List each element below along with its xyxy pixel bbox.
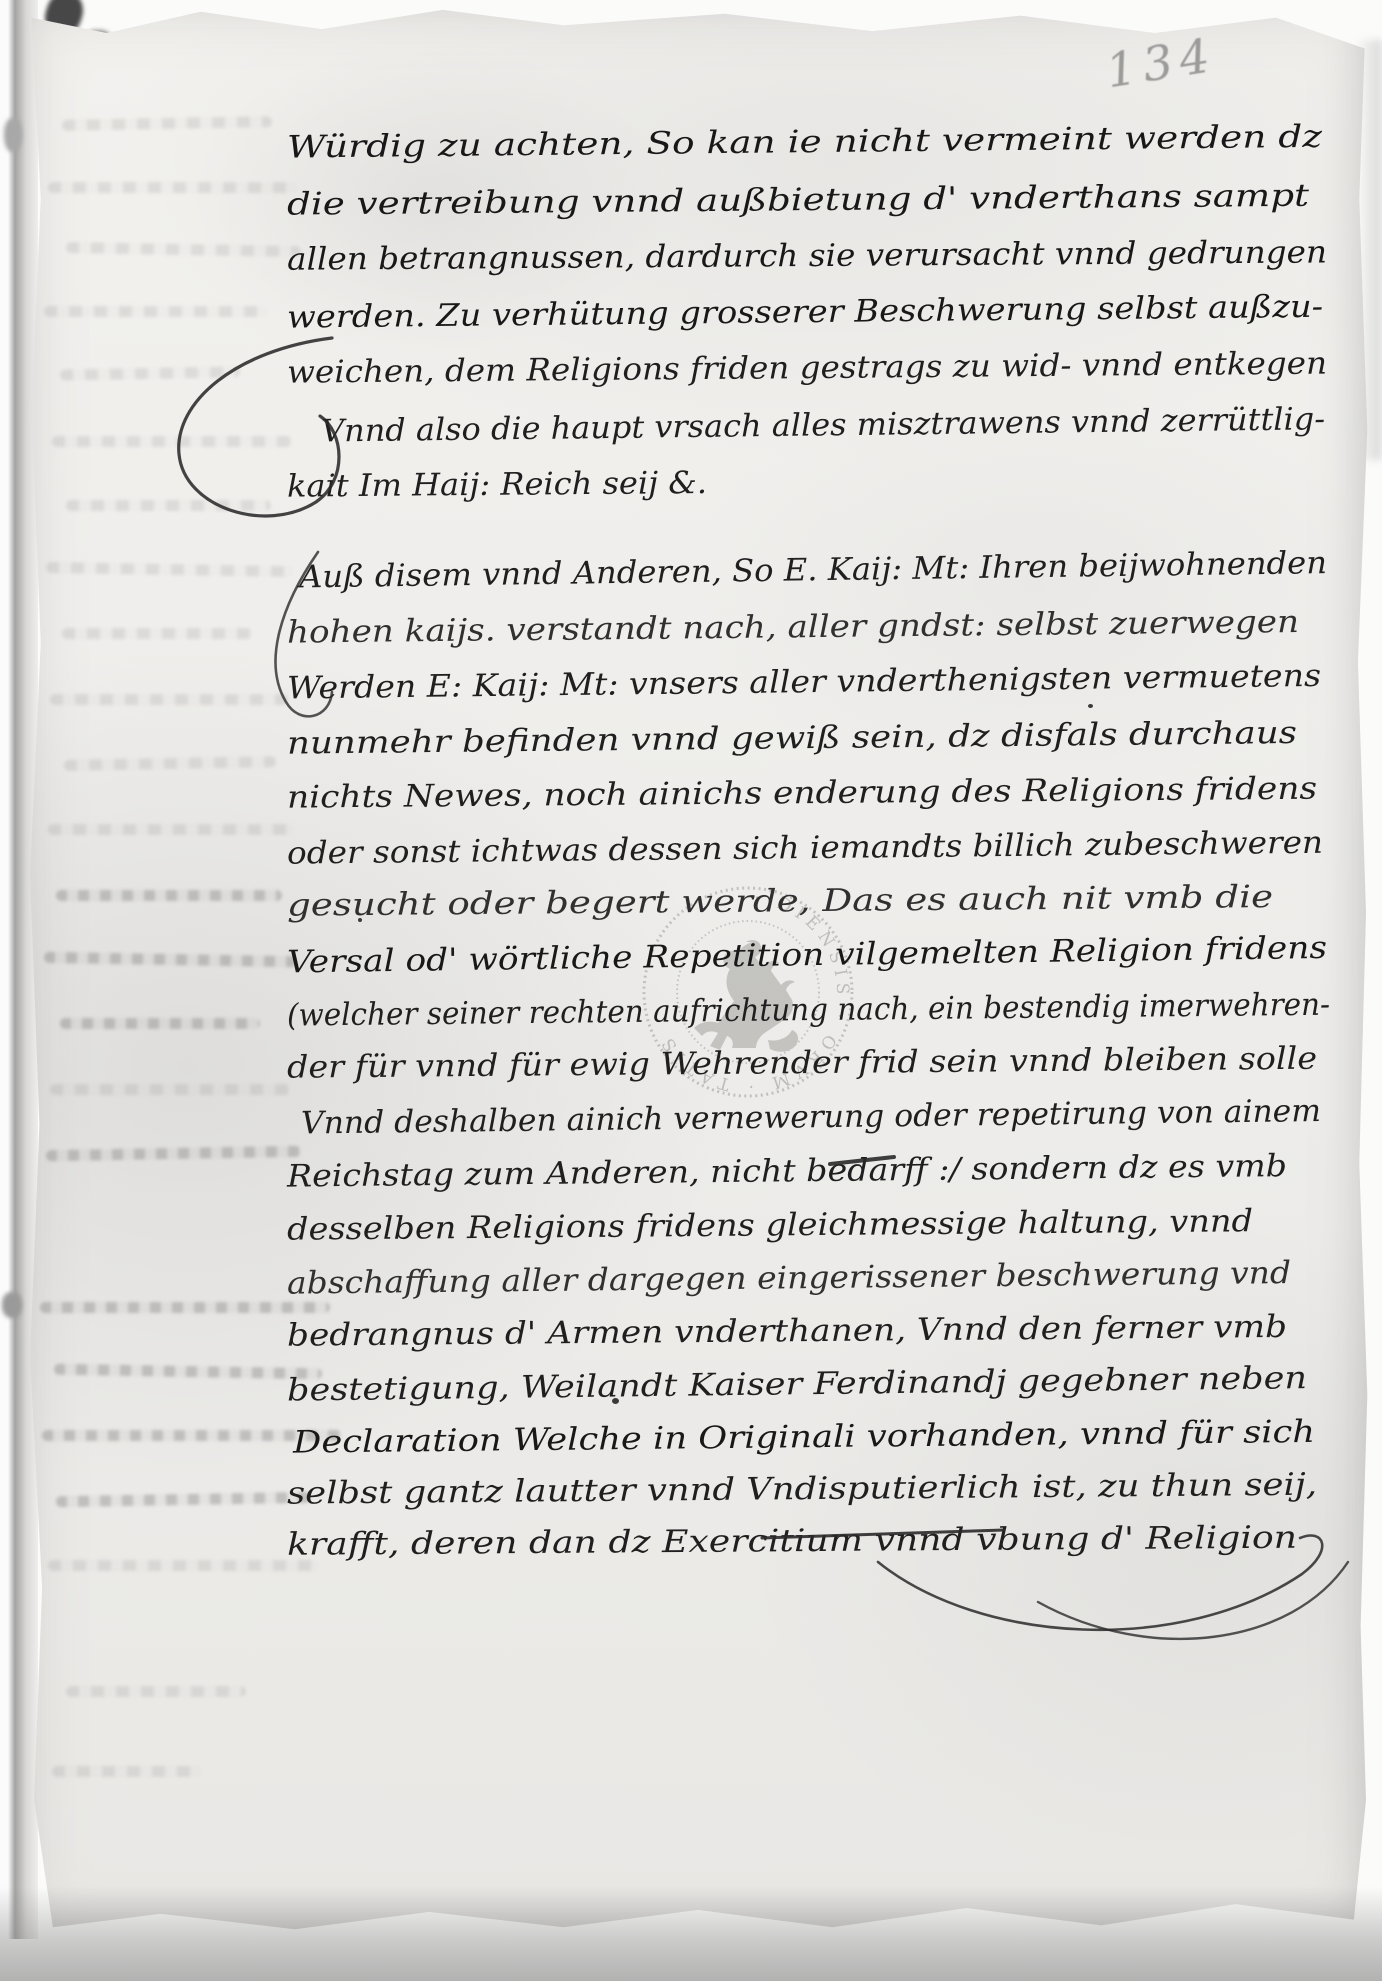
- manuscript-line: krafft, deren dan dz Exercitium vnnd vbu…: [283, 1507, 1355, 1570]
- svg-text:desselben Religions fridens gl: desselben Religions fridens gleichmessig…: [287, 1203, 1253, 1247]
- svg-text:Auß disem vnnd Anderen, So E.: Auß disem vnnd Anderen, So E. Kaij: Mt: …: [296, 545, 1328, 595]
- svg-text:selbst gantz lautter vnnd Vndi: selbst gantz lautter vnnd Vndisputierlic…: [287, 1467, 1317, 1512]
- manuscript-line: Vnnd also die haupt vrsach alles misztra…: [317, 388, 1382, 457]
- svg-text:bestetigung, Weilandt Kaiser F: bestetigung, Weilandt Kaiser Ferdinandj …: [287, 1360, 1307, 1408]
- manuscript-line: die vertreibung vnnd außbietung d' vnder…: [283, 165, 1355, 230]
- svg-text:gesucht oder begert werde, Das: gesucht oder begert werde, Das es auch n…: [287, 879, 1273, 924]
- manuscript-line: weichen, dem Religions friden gestrags z…: [283, 333, 1355, 398]
- svg-text:Vnnd deshalben ainich vernewer: Vnnd deshalben ainich vernewerung oder r…: [301, 1093, 1321, 1141]
- svg-text:abschaffung aller dargegen ein: abschaffung aller dargegen eingerissener…: [287, 1255, 1291, 1302]
- edge-blot: [2, 1292, 22, 1318]
- manuscript-line: werden. Zu verhütung grosserer Beschweru…: [283, 276, 1356, 343]
- svg-text:krafft, deren dan dz Exercitiu: krafft, deren dan dz Exercitium vnnd vbu…: [287, 1520, 1297, 1563]
- svg-text:Werden E: Kaij: Mt: vnsers all: Werden E: Kaij: Mt: vnsers aller vnderth…: [287, 658, 1321, 707]
- svg-text:weichen, dem Religions friden: weichen, dem Religions friden gestrags z…: [287, 346, 1327, 391]
- svg-text:oder sonst ichtwas dessen sich: oder sonst ichtwas dessen sich iemandts …: [287, 825, 1323, 872]
- svg-text:allen betrangnussen, dardurch: allen betrangnussen, dardurch sie verurs…: [287, 234, 1327, 277]
- manuscript-line: Würdig zu achten, So kan ie nicht vermei…: [283, 106, 1356, 173]
- svg-text:nichts Newes, noch ainichs end: nichts Newes, noch ainichs enderung des …: [287, 771, 1317, 816]
- svg-text:(welcher seiner rechten aufric: (welcher seiner rechten aufrichtung nach…: [287, 987, 1330, 1034]
- svg-text:Versal od' wörtliche Repetitio: Versal od' wörtliche Repetition vilgemel…: [287, 930, 1327, 981]
- svg-text:Declaration Welche in Original: Declaration Welche in Originali vorhande…: [292, 1414, 1315, 1461]
- svg-text:nunmehr befinden vnnd gewiß se: nunmehr befinden vnnd gewiß sein, dz dis…: [287, 715, 1297, 762]
- svg-text:kait Im Haij: Reich seij &.: kait Im Haij: Reich seij &.: [287, 465, 707, 505]
- binding-edge-shadow: [0, 0, 38, 1939]
- svg-text:Würdig zu achten, So kan ie ni: Würdig zu achten, So kan ie nicht vermei…: [287, 119, 1323, 166]
- manuscript-scan-page: · DIENSIS · ORVM · TATIS · 134 Würdig zu…: [0, 0, 1382, 1981]
- svg-text:hohen kaijs. verstandt nach, a: hohen kaijs. verstandt nach, aller gndst…: [287, 604, 1299, 651]
- svg-text:die vertreibung vnnd außbietun: die vertreibung vnnd außbietung d' vnder…: [287, 178, 1310, 223]
- svg-text:der für vnnd für ewig Wehrende: der für vnnd für ewig Wehrender frid sei…: [287, 1041, 1317, 1086]
- svg-text:bedrangnus d' Armen vnderthane: bedrangnus d' Armen vnderthanen, Vnnd de…: [287, 1309, 1287, 1354]
- edge-blot: [4, 118, 22, 152]
- manuscript-line: kait Im Haij: Reich seij &.: [283, 447, 1355, 512]
- handwriting-block: Würdig zu achten, So kan ie nicht vermei…: [283, 0, 1368, 1700]
- svg-text:Vnnd also die haupt vrsach all: Vnnd also die haupt vrsach alles misztra…: [321, 401, 1325, 449]
- scan-bottom-shadow: [0, 1886, 1382, 1981]
- svg-text:werden. Zu verhütung grosserer: werden. Zu verhütung grosserer Beschweru…: [287, 289, 1323, 336]
- manuscript-line: allen betrangnussen, dardurch sie verurs…: [283, 222, 1355, 285]
- svg-text:Reichstag zum Anderen, nicht b: Reichstag zum Anderen, nicht bedarff :/ …: [286, 1148, 1287, 1194]
